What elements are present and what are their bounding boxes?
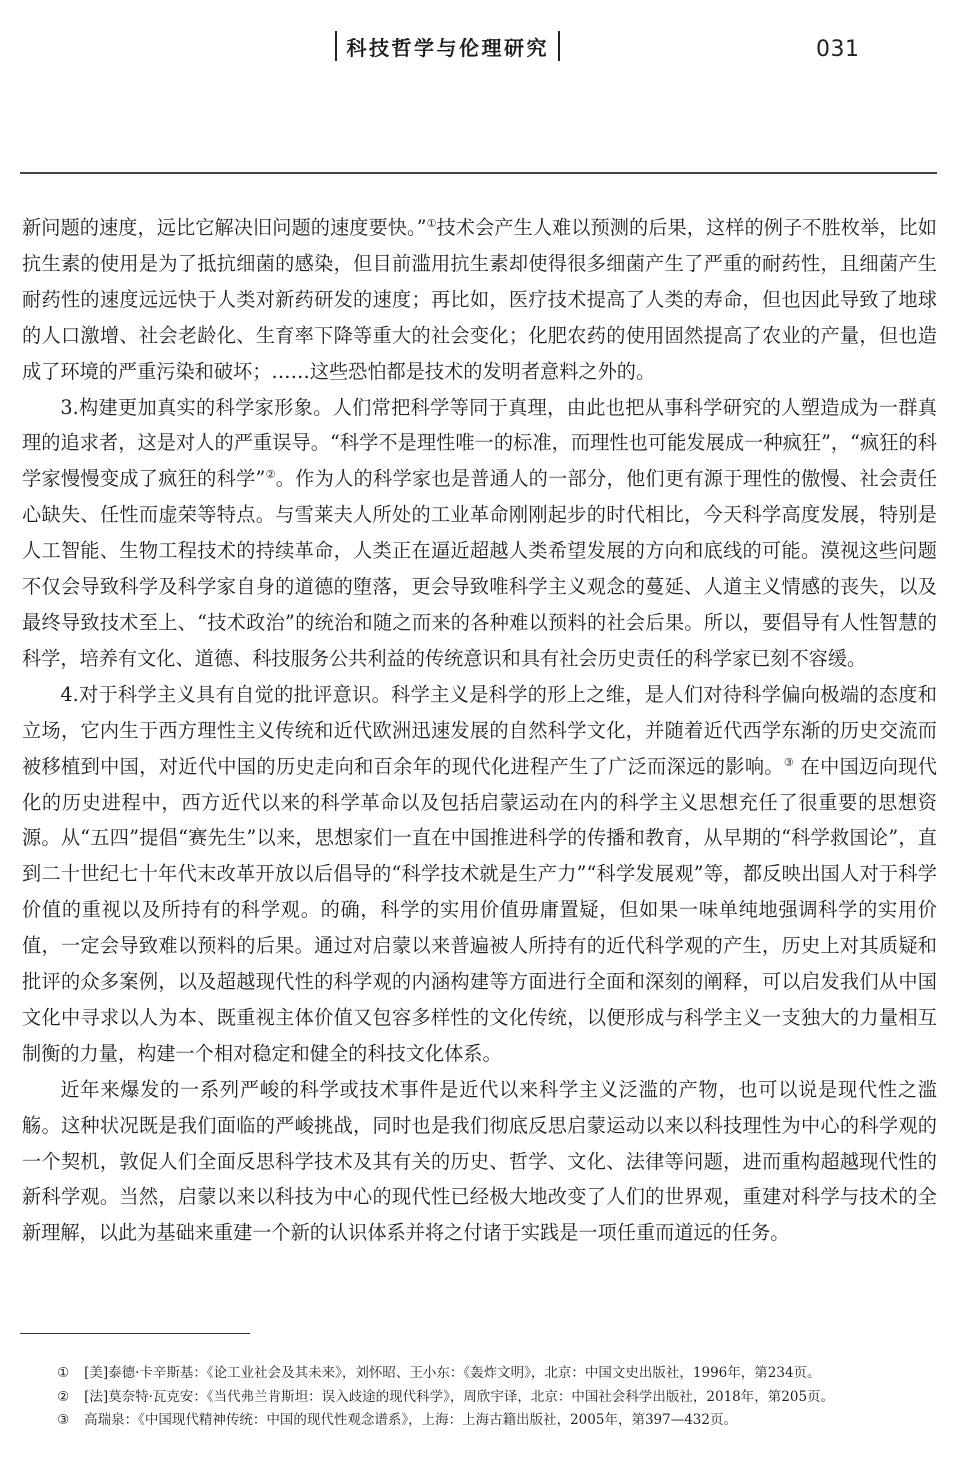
running-header: 科技哲学与伦理研究 bbox=[335, 31, 560, 61]
footnote-text: [法]莫奈特·瓦克安：《当代弗兰肯斯坦：误入歧途的现代科学》，周欣宇译，北京：中… bbox=[84, 1389, 834, 1405]
header-divider bbox=[20, 172, 937, 174]
footnote-text: [美]泰德·卡辛斯基：《论工业社会及其未来》，刘怀昭、王小东：《轰炸文明》，北京… bbox=[84, 1365, 820, 1381]
footnote-mark: ③ bbox=[57, 1409, 84, 1433]
footnote-mark: ① bbox=[57, 1362, 84, 1386]
footnote-2: ②[法]莫奈特·瓦克安：《当代弗兰肯斯坦：误入歧途的现代科学》，周欣宇译，北京：… bbox=[22, 1386, 937, 1410]
footnote-ref-3[interactable]: ③ bbox=[784, 756, 794, 769]
page-number: 031 bbox=[816, 37, 860, 62]
footnote-divider bbox=[20, 1333, 250, 1334]
paragraph-continuation: 新问题的速度，远比它解决旧问题的速度要快。”①技术会产生人难以预测的后果，这样的… bbox=[22, 210, 937, 390]
paragraph-point-3: 3.构建更加真实的科学家形象。人们常把科学等同于真理，由此也把从事科学研究的人塑… bbox=[22, 390, 937, 677]
footnote-1: ①[美]泰德·卡辛斯基：《论工业社会及其未来》，刘怀昭、王小东：《轰炸文明》，北… bbox=[22, 1362, 937, 1386]
paragraph-point-4: 4.对于科学主义具有自觉的批评意识。科学主义是科学的形上之维，是人们对待科学偏向… bbox=[22, 677, 937, 1072]
footnotes: ①[美]泰德·卡辛斯基：《论工业社会及其未来》，刘怀昭、王小东：《轰炸文明》，北… bbox=[22, 1362, 937, 1433]
footnote-ref-2[interactable]: ② bbox=[265, 468, 275, 481]
footnote-mark: ② bbox=[57, 1386, 84, 1410]
footnote-ref-1[interactable]: ① bbox=[427, 217, 437, 230]
paragraph-conclusion: 近年来爆发的一系列严峻的科学或技术事件是近代以来科学主义泛滥的产物，也可以说是现… bbox=[22, 1072, 937, 1252]
article-body: 新问题的速度，远比它解决旧问题的速度要快。”①技术会产生人难以预测的后果，这样的… bbox=[22, 210, 937, 1251]
footnote-3: ③高瑞泉：《中国现代精神传统：中国的现代性观念谱系》，上海：上海古籍出版社，20… bbox=[22, 1409, 937, 1433]
header-right-bar bbox=[558, 31, 560, 61]
journal-title: 科技哲学与伦理研究 bbox=[337, 32, 559, 61]
footnote-text: 高瑞泉：《中国现代精神传统：中国的现代性观念谱系》，上海：上海古籍出版社，200… bbox=[84, 1412, 737, 1428]
